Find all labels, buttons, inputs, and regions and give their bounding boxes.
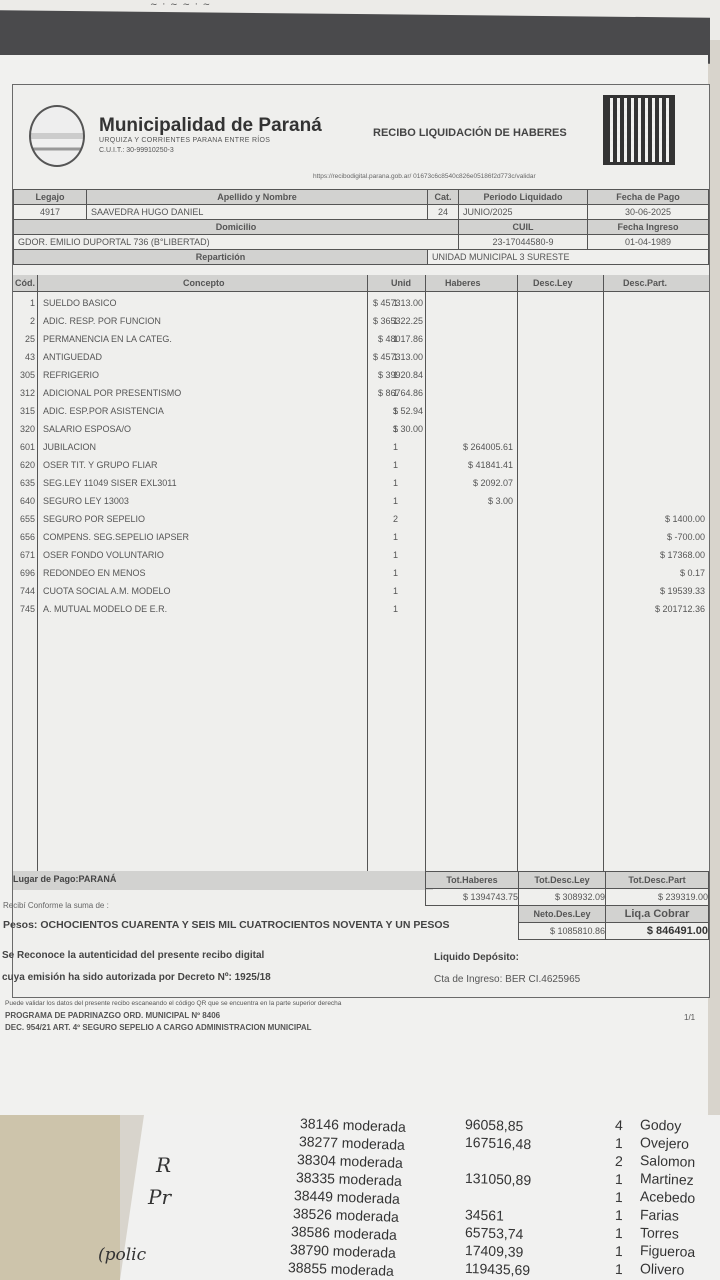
sheet-row-name: Godoy	[640, 1116, 682, 1133]
name-label: Apellido y Nombre	[87, 190, 428, 205]
item-haberes: $ 365322.25	[373, 316, 423, 326]
sheet-row-amount: 34561	[465, 1206, 504, 1223]
item-concepto: A. MUTUAL MODELO DE E.R.	[43, 604, 167, 614]
cuil-value: 23-17044580-9	[459, 235, 588, 250]
item-unid: 1	[393, 496, 398, 506]
table-row: 656COMPENS. SEG.SEPELIO IAPSER1$ -700.00	[13, 529, 709, 547]
item-unid: 1	[393, 586, 398, 596]
legajo-value: 4917	[14, 205, 87, 220]
sheet-row-id: 38449 moderada	[294, 1187, 400, 1207]
item-cod: 1	[30, 298, 35, 308]
table-row: 620OSER TIT. Y GRUPO FLIAR1$ 41841.41	[13, 457, 709, 475]
amount-in-words: Pesos: OCHOCIENTOS CUARENTA Y SEIS MIL C…	[3, 919, 450, 931]
item-cod: 312	[20, 388, 35, 398]
auth-line2: cuya emisión ha sido autorizada por Decr…	[2, 972, 271, 983]
tot-desc-part-label: Tot.Desc.Part	[605, 871, 709, 889]
fecha-ingreso-value: 01-04-1989	[588, 235, 709, 250]
col-desc-part: Desc.Part.	[623, 278, 667, 288]
table-row: 745A. MUTUAL MODELO DE E.R.1$ 201712.36	[13, 601, 709, 619]
table-row: 25PERMANENCIA EN LA CATEG.1$ 48017.86	[13, 331, 709, 349]
qr-url[interactable]: https://recibodigital.parana.gob.ar/ 016…	[313, 173, 536, 180]
item-unid: 1	[393, 460, 398, 470]
table-row: 635SEG.LEY 11049 SISER EXL30111$ 2092.07	[13, 475, 709, 493]
table-row: 744CUOTA SOCIAL A.M. MODELO1$ 19539.33	[13, 583, 709, 601]
item-haberes: $ 457313.00	[373, 352, 423, 362]
item-concepto: SUELDO BASICO	[43, 298, 117, 308]
col-unid: Unid	[391, 278, 411, 288]
item-desc-ley: $ 2092.07	[473, 478, 513, 488]
item-concepto: JUBILACION	[43, 442, 96, 452]
dec-note: DEC. 954/21 ART. 4º SEGURO SEPELIO A CAR…	[5, 1023, 312, 1032]
table-row: 312ADICIONAL POR PRESENTISMO1$ 86764.86	[13, 385, 709, 403]
item-cod: 43	[25, 352, 35, 362]
salary-receipt: Municipalidad de Paraná URQUIZA Y CORRIE…	[12, 84, 710, 998]
items-table: Cód. Concepto Unid Haberes Desc.Ley Desc…	[13, 275, 709, 871]
tot-desc-ley-value: $ 308932.09	[518, 888, 606, 906]
item-concepto: SEG.LEY 11049 SISER EXL3011	[43, 478, 177, 488]
item-desc-part: $ 19539.33	[660, 586, 705, 596]
sheet-row-name: Olivero	[640, 1260, 685, 1278]
sheet-row-name: Torres	[640, 1224, 679, 1241]
item-cod: 696	[20, 568, 35, 578]
org-cuit: C.U.I.T.: 30-99910250-3	[99, 147, 174, 154]
col-haberes: Haberes	[445, 278, 481, 288]
item-desc-part: $ 201712.36	[655, 604, 705, 614]
item-unid: 2	[393, 514, 398, 524]
item-concepto: SEGURO POR SEPELIO	[43, 514, 145, 524]
sheet-row-id: 38304 moderada	[297, 1151, 403, 1171]
sheet-row-id: 38855 moderada	[288, 1259, 394, 1279]
items-header: Cód. Concepto Unid Haberes Desc.Ley Desc…	[13, 275, 709, 292]
item-cod: 745	[20, 604, 35, 614]
item-cod: 620	[20, 460, 35, 470]
item-cod: 655	[20, 514, 35, 524]
underlying-sheet-area: 38146 moderada96058,854Godoy38277 modera…	[0, 1115, 720, 1280]
reparticion-label: Repartición	[14, 250, 428, 265]
item-cod: 656	[20, 532, 35, 542]
item-desc-part: $ 0.17	[680, 568, 705, 578]
col-concepto: Concepto	[183, 278, 225, 288]
sheet-row-id: 38146 moderada	[300, 1115, 406, 1135]
item-cod: 640	[20, 496, 35, 506]
item-desc-ley: $ 264005.61	[463, 442, 513, 452]
periodo-label: Periodo Liquidado	[459, 190, 588, 205]
item-concepto: OSER FONDO VOLUNTARIO	[43, 550, 164, 560]
tot-haberes-label: Tot.Haberes	[425, 871, 519, 889]
qr-code-icon[interactable]	[603, 95, 675, 165]
item-desc-part: $ 1400.00	[665, 514, 705, 524]
sheet-row-id: 38335 moderada	[295, 1169, 401, 1189]
item-desc-ley: $ 41841.41	[468, 460, 513, 470]
auth-line1: Se Reconoce la autenticidad del presente…	[2, 950, 264, 961]
domicilio-value: GDOR. EMILIO DUPORTAL 736 (B°LIBERTAD)	[14, 235, 459, 250]
sheet-row-amount: 167516,48	[465, 1134, 532, 1152]
name-value: SAAVEDRA HUGO DANIEL	[87, 205, 428, 220]
item-desc-part: $ 17368.00	[660, 550, 705, 560]
sheet-row-amount: 65753,74	[465, 1224, 524, 1242]
item-concepto: ADICIONAL POR PRESENTISMO	[43, 388, 181, 398]
item-unid: 1	[393, 550, 398, 560]
sheet-row-amount: 131050,89	[465, 1170, 532, 1188]
item-cod: 635	[20, 478, 35, 488]
lugar-pago: Lugar de Pago:PARANÁ	[13, 871, 433, 890]
underlying-sheet: 38146 moderada96058,854Godoy38277 modera…	[120, 1115, 720, 1280]
sheet-row-count: 1	[615, 1261, 623, 1277]
neto-label: Neto.Des.Ley	[518, 905, 606, 923]
item-haberes: $ 457313.00	[373, 298, 423, 308]
item-concepto: OSER TIT. Y GRUPO FLIAR	[43, 460, 158, 470]
sheet-row-id: 38586 moderada	[291, 1223, 397, 1243]
sheet-row-name: Farias	[640, 1206, 679, 1223]
sheet-row-name: Acebedo	[640, 1188, 696, 1206]
table-row: 320SALARIO ESPOSA/O1$ 30.00	[13, 421, 709, 439]
item-cod: 601	[20, 442, 35, 452]
item-haberes: $ 48017.86	[378, 334, 423, 344]
cuil-label: CUIL	[459, 220, 588, 235]
item-concepto: SALARIO ESPOSA/O	[43, 424, 131, 434]
item-unid: 1	[393, 604, 398, 614]
item-concepto: CUOTA SOCIAL A.M. MODELO	[43, 586, 171, 596]
sheet-row-count: 1	[615, 1171, 623, 1187]
fecha-pago-label: Fecha de Pago	[588, 190, 709, 205]
liq-value: $ 846491.00	[605, 922, 709, 940]
sheet-row-id: 38790 moderada	[289, 1241, 395, 1261]
deposito-label: Liquido Depósito:	[434, 952, 519, 963]
receipt-header: Municipalidad de Paraná URQUIZA Y CORRIE…	[13, 85, 709, 185]
table-row: 315ADIC. ESP.POR ASISTENCIA1$ 52.94	[13, 403, 709, 421]
sheet-row-count: 2	[615, 1153, 623, 1169]
item-cod: 305	[20, 370, 35, 380]
municipality-logo-icon	[29, 105, 85, 167]
table-row: 655SEGURO POR SEPELIO2$ 1400.00	[13, 511, 709, 529]
item-concepto: ADIC. RESP. POR FUNCION	[43, 316, 161, 326]
item-cod: 320	[20, 424, 35, 434]
table-row: 2ADIC. RESP. POR FUNCION1$ 365322.25	[13, 313, 709, 331]
item-cod: 744	[20, 586, 35, 596]
item-concepto: COMPENS. SEG.SEPELIO IAPSER	[43, 532, 189, 542]
item-unid: 1	[393, 532, 398, 542]
table-row: 305REFRIGERIO1$ 39920.84	[13, 367, 709, 385]
sheet-row-name: Figueroa	[640, 1242, 696, 1260]
neto-value: $ 1085810.86	[518, 922, 606, 940]
item-unid: 1	[393, 568, 398, 578]
sheet-row-count: 4	[615, 1117, 623, 1133]
item-concepto: PERMANENCIA EN LA CATEG.	[43, 334, 172, 344]
item-desc-part: $ -700.00	[667, 532, 705, 542]
sheet-row-name: Martinez	[640, 1170, 694, 1188]
col-cod: Cód.	[15, 278, 35, 288]
tot-desc-part-value: $ 239319.00	[605, 888, 709, 906]
domicilio-label: Domicilio	[14, 220, 459, 235]
deposito-value: Cta de Ingreso: BER CI.4625965	[434, 974, 580, 985]
scrap-handwriting: ~ · ~ ~ · ~	[150, 0, 211, 10]
sheet-row-count: 1	[615, 1243, 623, 1259]
sheet-row-count: 1	[615, 1225, 623, 1241]
item-haberes: $ 30.00	[393, 424, 423, 434]
item-haberes: $ 86764.86	[378, 388, 423, 398]
sheet-row-count: 1	[615, 1135, 623, 1151]
sheet-row-id: 38277 moderada	[298, 1133, 404, 1153]
item-concepto: ANTIGUEDAD	[43, 352, 102, 362]
item-unid: 1	[393, 442, 398, 452]
program-note: PROGRAMA DE PADRINAZGO ORD. MUNICIPAL Nº…	[5, 1011, 220, 1020]
sheet-row-name: Salomon	[640, 1152, 696, 1170]
item-cod: 315	[20, 406, 35, 416]
item-desc-ley: $ 3.00	[488, 496, 513, 506]
handwriting-1: R	[156, 1153, 171, 1177]
item-cod: 2	[30, 316, 35, 326]
recibi-conforme: Recibí Conforme la suma de :	[3, 901, 109, 910]
receipt-title: RECIBO LIQUIDACIÓN DE HABERES	[373, 127, 567, 139]
page-number: 1/1	[684, 1013, 695, 1022]
item-haberes: $ 39920.84	[378, 370, 423, 380]
table-row: 671OSER FONDO VOLUNTARIO1$ 17368.00	[13, 547, 709, 565]
item-unid: 1	[393, 478, 398, 488]
sheet-row-count: 1	[615, 1207, 623, 1223]
sheet-row-amount: 96058,85	[465, 1116, 524, 1134]
item-concepto: ADIC. ESP.POR ASISTENCIA	[43, 406, 164, 416]
sheet-row-amount: 17409,39	[465, 1242, 524, 1260]
tot-desc-ley-label: Tot.Desc.Ley	[518, 871, 606, 889]
table-row: 696REDONDEO EN MENOS1$ 0.17	[13, 565, 709, 583]
item-cod: 25	[25, 334, 35, 344]
item-cod: 671	[20, 550, 35, 560]
cat-value: 24	[428, 205, 459, 220]
validate-note: Puede validar los datos del presente rec…	[5, 1000, 341, 1007]
cat-label: Cat.	[428, 190, 459, 205]
liq-label: Liq.a Cobrar	[605, 905, 709, 923]
item-concepto: REFRIGERIO	[43, 370, 99, 380]
periodo-value: JUNIO/2025	[459, 205, 588, 220]
table-row: 601JUBILACION1$ 264005.61	[13, 439, 709, 457]
fecha-pago-value: 30-06-2025	[588, 205, 709, 220]
table-row: 640SEGURO LEY 130031$ 3.00	[13, 493, 709, 511]
tot-haberes-value: $ 1394743.75	[425, 888, 519, 906]
item-concepto: SEGURO LEY 13003	[43, 496, 129, 506]
fecha-ingreso-label: Fecha Ingreso	[588, 220, 709, 235]
item-haberes: $ 52.94	[393, 406, 423, 416]
legajo-label: Legajo	[14, 190, 87, 205]
sheet-row-amount: 119435,69	[465, 1260, 531, 1278]
item-concepto: REDONDEO EN MENOS	[43, 568, 146, 578]
reparticion-value: UNIDAD MUNICIPAL 3 SURESTE	[428, 250, 709, 265]
org-name: Municipalidad de Paraná	[99, 115, 322, 137]
org-address: URQUIZA Y CORRIENTES PARANA ENTRE RÍOS	[99, 137, 270, 144]
handwriting-2: Pr	[148, 1185, 171, 1209]
col-desc-ley: Desc.Ley	[533, 278, 573, 288]
employee-info-table: Legajo Apellido y Nombre Cat. Periodo Li…	[13, 189, 709, 265]
table-row: 43ANTIGUEDAD1$ 457313.00	[13, 349, 709, 367]
handwriting-3: (polic	[98, 1245, 146, 1265]
sheet-row-count: 1	[615, 1189, 623, 1205]
table-row: 1SUELDO BASICO1$ 457313.00	[13, 295, 709, 313]
sheet-row-name: Ovejero	[640, 1134, 690, 1152]
sheet-row-id: 38526 moderada	[292, 1205, 398, 1225]
